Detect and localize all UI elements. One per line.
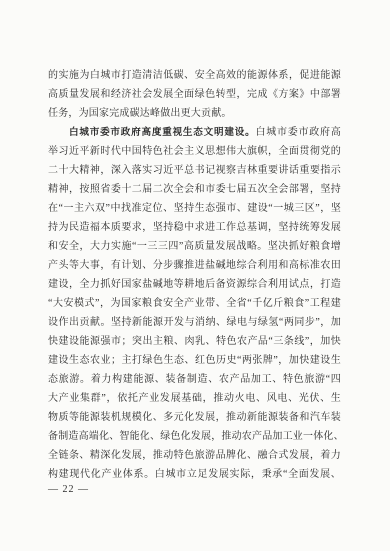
text-line: 的实施为白城市打造清洁低碳、安全高效的能源体系，促进能源	[48, 66, 341, 85]
text-segment: 举习近平新时代中国特色社会主义思想伟大旗帜，全面贯彻党的	[48, 146, 341, 157]
text-segment: 全链条、精深化发展，推动特色旅游品牌化、融合式发展，着力	[48, 450, 341, 461]
text-line: 全链条、精深化发展，推动特色旅游品牌化、融合式发展，着力	[48, 446, 341, 465]
text-segment: 备制造高端化、智能化、绿色化发展，推动农产品加工业一体化、	[48, 431, 344, 442]
text-line: 构建现代化产业体系。白城市立足发展实际，秉承“全面发展、	[48, 465, 341, 484]
text-segment: 二十大精神，深入落实习近平总书记视察吉林重要讲话重要指示	[48, 165, 341, 176]
emphasis-bold-text: 白城市委市政府高度重视生态文明建设。	[69, 127, 255, 138]
text-line: 物质等能源装机规模化、多元化发展，推动新能源装备和汽车装	[48, 408, 341, 427]
text-line: 精神，按照省委十二届二次全会和市委七届五次全会部署，坚持	[48, 180, 341, 199]
text-segment: 建设，全力抓好国家盐碱地等耕地后备资源综合利用试点，打造	[48, 279, 341, 290]
text-line: 产头等大事，有计划、分步骤推进盐碱地综合利用和高标准农田	[48, 256, 341, 275]
text-segment: 构建现代化产业体系。白城市立足发展实际，秉承“全面发展、	[48, 469, 341, 480]
text-line: 持为民造福本质要求，坚持稳中求进工作总基调，坚持统筹发展	[48, 218, 341, 237]
text-line: 建设生态农业；主打绿色生态、红色历史“两张牌”，加快建设生	[48, 351, 341, 370]
text-line: 大产业集群”，依托产业发展基础，推动火电、风电、光伏、生	[48, 389, 341, 408]
text-segment: 高质量发展和经济社会发展全面绿色转型，完成《方案》中部署	[48, 89, 341, 100]
text-line: 和安全，大力实施“一三三四”高质量发展战略。坚决抓好粮食增	[48, 237, 341, 256]
text-segment: “大安模式”，为国家粮食安全产业带、全省“千亿斤粮食”工程建	[48, 298, 341, 309]
text-line: 任务，为国家完成碳达峰做出更大贡献。	[48, 104, 341, 123]
text-line: 态旅游。着力构建能源、装备制造、农产品加工、特色旅游“四	[48, 370, 341, 389]
text-segment: 物质等能源装机规模化、多元化发展，推动新能源装备和汽车装	[48, 412, 341, 423]
text-line: 白城市委市政府高度重视生态文明建设。白城市委市政府高	[48, 123, 341, 142]
text-line: 举习近平新时代中国特色社会主义思想伟大旗帜，全面贯彻党的	[48, 142, 341, 161]
text-line: 快建设能源强市；突出主粮、肉乳、特色农产品“三条线”，加快	[48, 332, 341, 351]
text-line: 建设，全力抓好国家盐碱地等耕地后备资源综合利用试点，打造	[48, 275, 341, 294]
text-line: “大安模式”，为国家粮食安全产业带、全省“千亿斤粮食”工程建	[48, 294, 341, 313]
body-text: 的实施为白城市打造清洁低碳、安全高效的能源体系，促进能源高质量发展和经济社会发展…	[48, 66, 341, 484]
text-segment: 快建设能源强市；突出主粮、肉乳、特色农产品“三条线”，加快	[48, 336, 341, 347]
text-segment: 和安全，大力实施“一三三四”高质量发展战略。坚决抓好粮食增	[48, 241, 341, 252]
text-segment: 持为民造福本质要求，坚持稳中求进工作总基调，坚持统筹发展	[48, 222, 341, 233]
text-line: 二十大精神，深入落实习近平总书记视察吉林重要讲话重要指示	[48, 161, 341, 180]
text-segment: 任务，为国家完成碳达峰做出更大贡献。	[48, 108, 232, 119]
text-line: 备制造高端化、智能化、绿色化发展，推动农产品加工业一体化、	[48, 427, 341, 446]
text-segment: 态旅游。着力构建能源、装备制造、农产品加工、特色旅游“四	[48, 374, 341, 385]
text-line: 在“一主六双”中找准定位、坚持生态强市、建设“一城三区”，坚	[48, 199, 341, 218]
text-segment: 大产业集群”，依托产业发展基础，推动火电、风电、光伏、生	[48, 393, 341, 404]
text-segment: 白城市委市政府高	[255, 127, 341, 138]
text-line: 高质量发展和经济社会发展全面绿色转型，完成《方案》中部署	[48, 85, 341, 104]
document-page: 的实施为白城市打造清洁低碳、安全高效的能源体系，促进能源高质量发展和经济社会发展…	[0, 0, 390, 551]
text-segment: 建设生态农业；主打绿色生态、红色历史“两张牌”，加快建设生	[48, 355, 341, 366]
text-segment: 的实施为白城市打造清洁低碳、安全高效的能源体系，促进能源	[48, 70, 341, 81]
text-segment: 精神，按照省委十二届二次全会和市委七届五次全会部署，坚持	[48, 184, 341, 195]
text-segment: 产头等大事，有计划、分步骤推进盐碱地综合利用和高标准农田	[48, 260, 341, 271]
page-number: — 22 —	[48, 483, 89, 497]
text-segment: 在“一主六双”中找准定位、坚持生态强市、建设“一城三区”，坚	[48, 203, 341, 214]
text-segment: 设作出贡献。坚持新能源开发与消纳、绿电与绿氢“两同步”，加	[48, 317, 341, 328]
text-line: 设作出贡献。坚持新能源开发与消纳、绿电与绿氢“两同步”，加	[48, 313, 341, 332]
